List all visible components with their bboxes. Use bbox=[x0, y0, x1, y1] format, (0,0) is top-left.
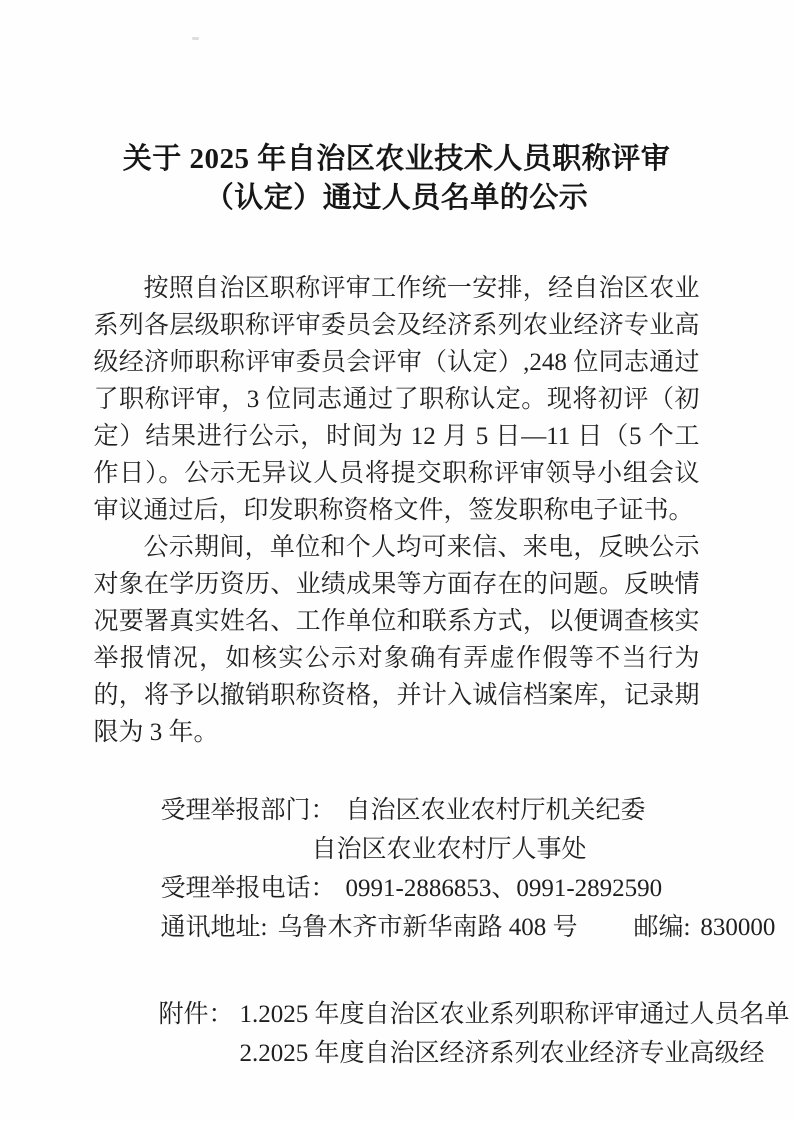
paragraph-objection-rules: 公示期间，单位和个人均可来信、来电，反映公示对象在学历资历、业绩成果等方面存在的… bbox=[94, 529, 700, 751]
address-value: 乌鲁木齐市新华南路 408 号 bbox=[277, 914, 577, 941]
attachment-list: 1.2025 年度自治区农业系列职称评审通过人员名单 2.2025 年度自治区经… bbox=[240, 995, 790, 1073]
report-phone-numbers: 0991-2886853、0991-2892590 bbox=[346, 875, 663, 902]
postcode-label: 邮编: bbox=[633, 914, 690, 941]
attachments-block: 附件： 1.2025 年度自治区农业系列职称评审通过人员名单 2.2025 年度… bbox=[159, 995, 700, 1073]
attachments-label: 附件： bbox=[159, 995, 234, 1034]
postcode-value: 830000 bbox=[700, 914, 775, 941]
report-department-value-1: 自治区农业农村厅机关纪委 bbox=[346, 797, 646, 824]
document-title: 关于 2025 年自治区农业技术人员职称评审 （认定）通过人员名单的公示 bbox=[0, 0, 793, 218]
contact-block: 受理举报部门：自治区农业农村厅机关纪委 自治区农业农村厅人事处 受理举报电话：0… bbox=[161, 791, 700, 947]
paragraph-announcement: 按照自治区职称评审工作统一安排，经自治区农业系列各层级职称评审委员会及经济系列农… bbox=[94, 270, 700, 529]
report-department-line-2: 自治区农业农村厅人事处 bbox=[312, 830, 700, 869]
report-phone-line: 受理举报电话：0991-2886853、0991-2892590 bbox=[161, 869, 700, 908]
report-department-value-2: 自治区农业农村厅人事处 bbox=[312, 836, 587, 863]
title-line-1: 关于 2025 年自治区农业技术人员职称评审 bbox=[0, 140, 793, 179]
report-department-label: 受理举报部门： bbox=[161, 797, 336, 824]
address-line: 通讯地址:乌鲁木齐市新华南路 408 号邮编:830000 bbox=[161, 908, 700, 947]
address-label: 通讯地址: bbox=[161, 914, 268, 941]
attachment-item-1: 1.2025 年度自治区农业系列职称评审通过人员名单 bbox=[240, 995, 790, 1034]
attachment-item-2: 2.2025 年度自治区经济系列农业经济专业高级经 bbox=[240, 1034, 790, 1073]
postcode-group: 邮编:830000 bbox=[633, 914, 775, 941]
report-department-line: 受理举报部门：自治区农业农村厅机关纪委 bbox=[161, 791, 700, 830]
report-phone-label: 受理举报电话： bbox=[161, 875, 336, 902]
scan-speck-artifact bbox=[192, 37, 199, 40]
document-body: 按照自治区职称评审工作统一安排，经自治区农业系列各层级职称评审委员会及经济系列农… bbox=[94, 218, 700, 1073]
title-line-2: （认定）通过人员名单的公示 bbox=[0, 179, 793, 218]
document-page: 关于 2025 年自治区农业技术人员职称评审 （认定）通过人员名单的公示 按照自… bbox=[0, 0, 793, 1121]
